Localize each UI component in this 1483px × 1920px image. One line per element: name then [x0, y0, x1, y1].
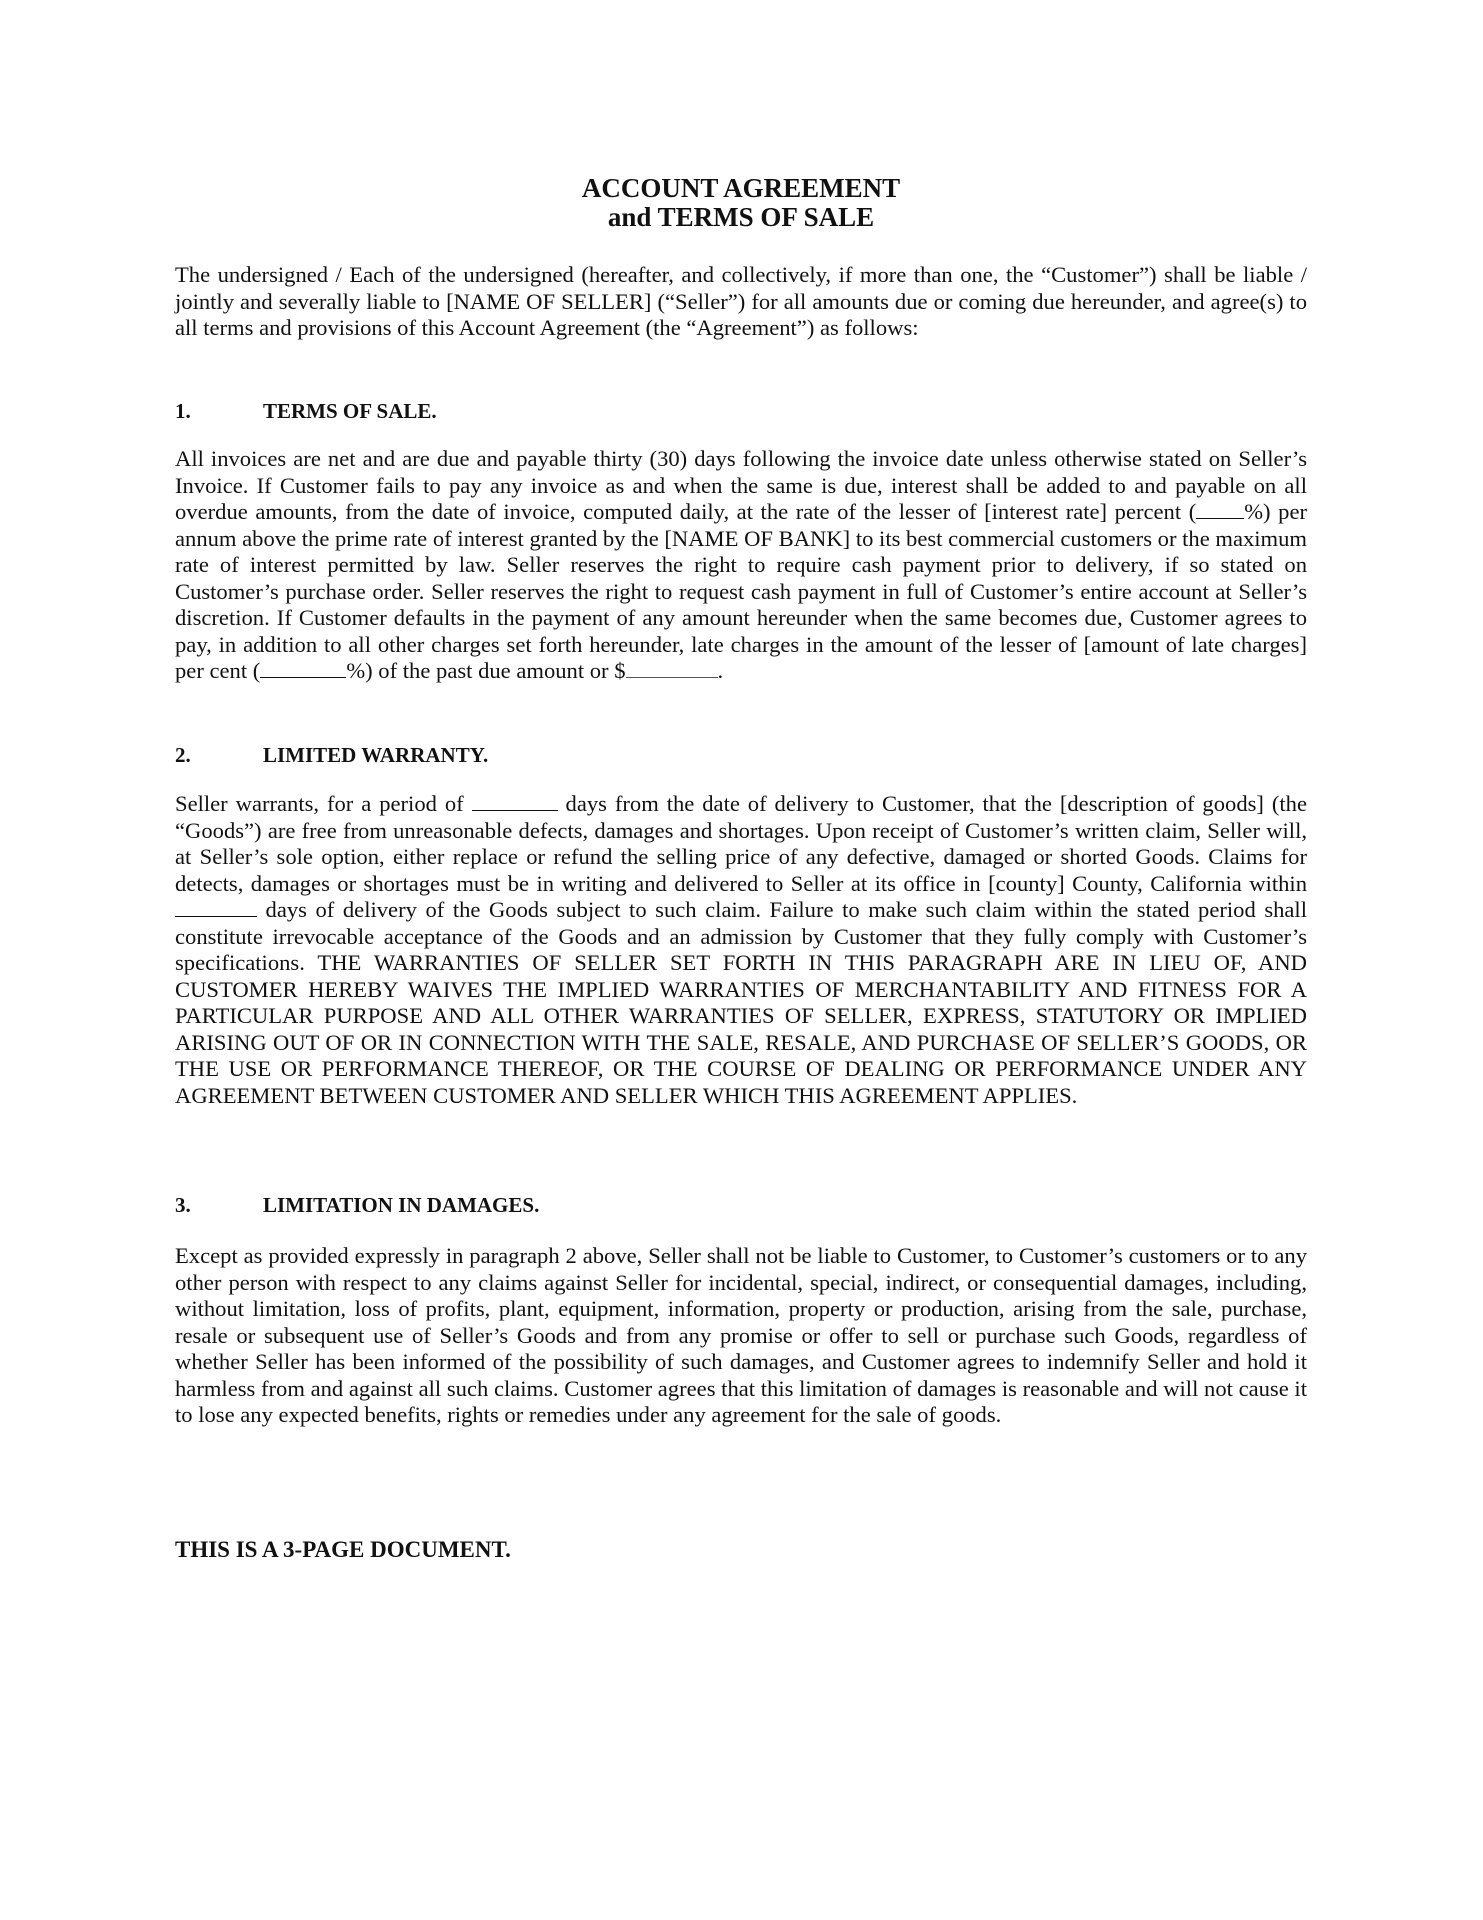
document-title: ACCOUNT AGREEMENT and TERMS OF SALE — [175, 174, 1307, 232]
section-1-text-b: %) per annum above the prime rate of int… — [175, 499, 1307, 683]
section-3-title: LIMITATION IN DAMAGES. — [263, 1193, 539, 1217]
section-2-body: Seller warrants, for a period of days fr… — [175, 791, 1307, 1109]
section-3-number: 3. — [175, 1192, 263, 1218]
section-1-body: All invoices are net and are due and pay… — [175, 446, 1307, 685]
section-1-title: TERMS OF SALE. — [263, 399, 437, 423]
section-2-title: LIMITED WARRANTY. — [263, 743, 488, 767]
section-2-heading: 2.LIMITED WARRANTY. — [175, 742, 1307, 768]
claim-days-blank[interactable] — [175, 898, 257, 917]
section-1-text-c: %) of the past due amount or $ — [346, 658, 625, 683]
late-charge-percent-blank[interactable] — [260, 659, 346, 678]
section-2-number: 2. — [175, 742, 263, 768]
section-2-text-a: Seller warrants, for a period of — [175, 791, 472, 816]
section-1-number: 1. — [175, 398, 263, 424]
section-1-heading: 1.TERMS OF SALE. — [175, 398, 1307, 424]
interest-rate-blank[interactable] — [1196, 500, 1244, 519]
section-2-text-c: days of delivery of the Goods subject to… — [175, 897, 1307, 1108]
intro-paragraph: The undersigned / Each of the undersigne… — [175, 262, 1307, 342]
late-charge-amount-blank[interactable] — [626, 659, 718, 678]
section-3-body: Except as provided expressly in paragrap… — [175, 1243, 1307, 1429]
title-line-1: ACCOUNT AGREEMENT — [175, 174, 1307, 203]
section-3-heading: 3.LIMITATION IN DAMAGES. — [175, 1192, 1307, 1218]
section-1-text-d: . — [718, 658, 724, 683]
page-count-notice: THIS IS A 3-PAGE DOCUMENT. — [175, 1536, 511, 1564]
warranty-days-blank[interactable] — [472, 792, 558, 811]
title-line-2: and TERMS OF SALE — [175, 203, 1307, 232]
section-1-text-a: All invoices are net and are due and pay… — [175, 446, 1307, 524]
